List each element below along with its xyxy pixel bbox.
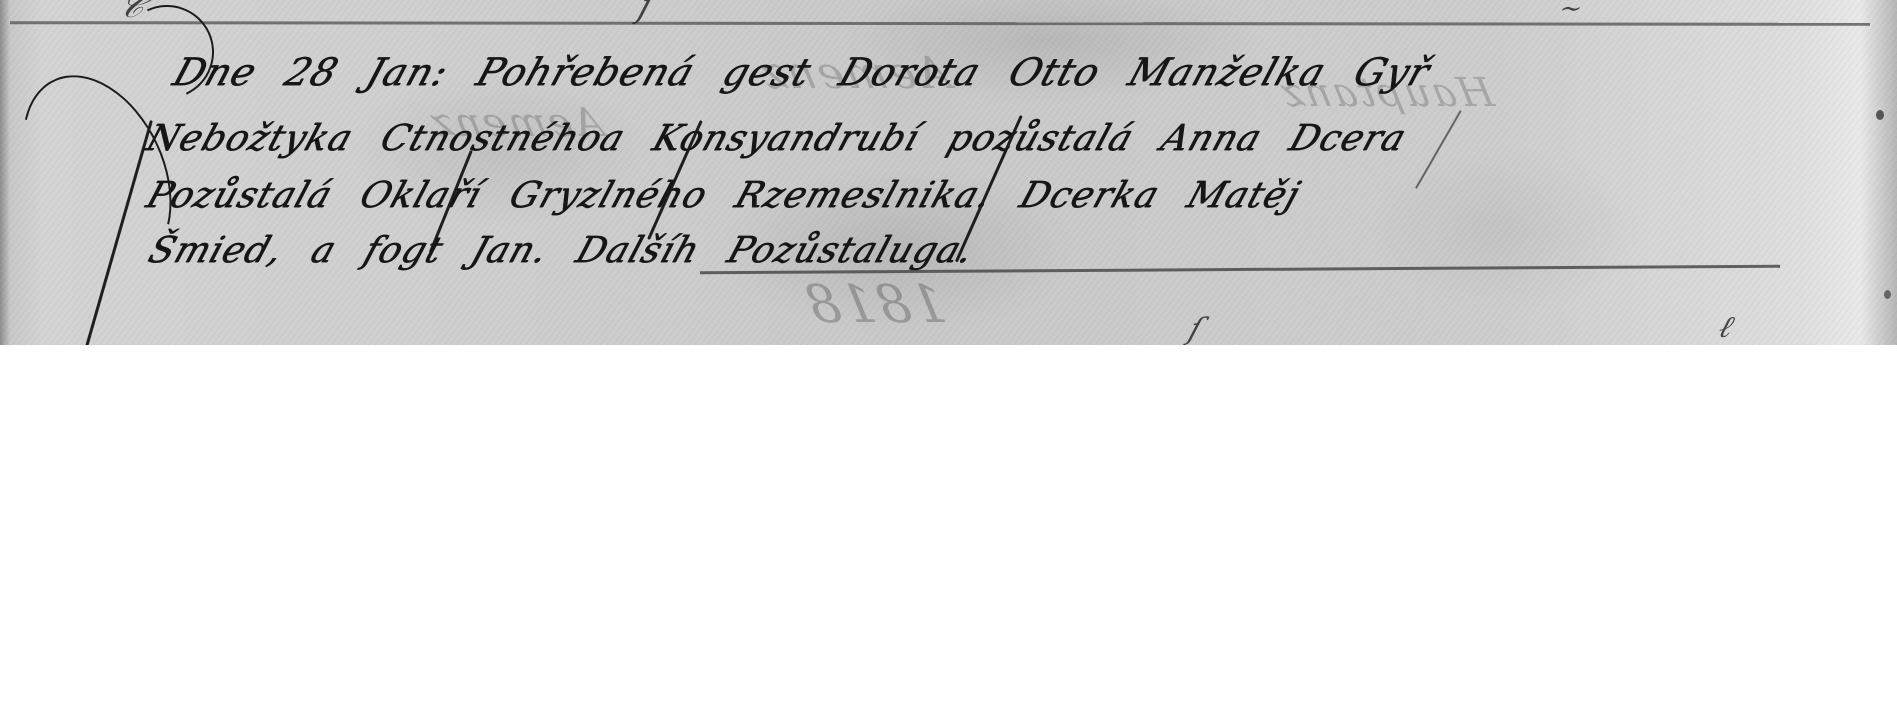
word: Nebožtyka — [141, 118, 358, 159]
ink-spot — [1876, 110, 1884, 120]
name-given: Jan. — [466, 230, 554, 271]
word: Pozůstalá — [141, 175, 337, 216]
word: fogt — [359, 230, 449, 271]
word: Dne — [168, 50, 263, 94]
entry-line-2: Nebožtyka Ctnostnéhoa Konsyandrubí pozůs… — [141, 118, 1429, 159]
name-given: Anna — [1156, 118, 1267, 159]
word: Pozůstaluga. — [722, 230, 979, 271]
word: Rzemeslnika. — [730, 175, 998, 216]
word: Gryzlného — [504, 175, 712, 216]
date-number: 28 — [279, 50, 344, 94]
word: Gyř — [1348, 50, 1435, 94]
entry-line-3: Pozůstalá Oklaří Gryzlného Rzemeslnika. … — [141, 175, 1323, 216]
word: Oklaří — [355, 175, 487, 216]
word: a — [306, 230, 342, 271]
word: Konsyandrubí — [647, 118, 925, 159]
month-abbrev: Jan: — [361, 50, 454, 94]
entry-line-4: Šmied, a fogt Jan. Dalšíh Pozůstaluga. — [143, 230, 997, 271]
name-surname: Otto — [1003, 50, 1106, 94]
word: gest — [717, 50, 817, 94]
word: Pohřebená — [471, 50, 700, 94]
word: Dcera — [1284, 118, 1411, 159]
blank-area — [0, 345, 1897, 707]
entry-line-1: Dne 28 Jan: Pohřebená gest Dorota Otto M… — [168, 50, 1454, 94]
name-given: Matěj — [1182, 175, 1306, 216]
word: Manželka — [1123, 50, 1332, 94]
word: Dcerka — [1015, 175, 1165, 216]
word: Ctnostnéhoa — [375, 118, 630, 159]
bleed-through-number: 1818 — [799, 275, 952, 335]
word: Dalšíh — [571, 230, 705, 271]
ink-spot — [1884, 290, 1891, 299]
name-surname: Šmied, — [143, 230, 288, 271]
manuscript-scan: Aemenz Hauptanz 1818 Aemenz 𝒞 ſ ~ Dne 28… — [0, 0, 1897, 345]
name-given: Dorota — [834, 50, 987, 94]
word: pozůstalá — [942, 118, 1139, 159]
